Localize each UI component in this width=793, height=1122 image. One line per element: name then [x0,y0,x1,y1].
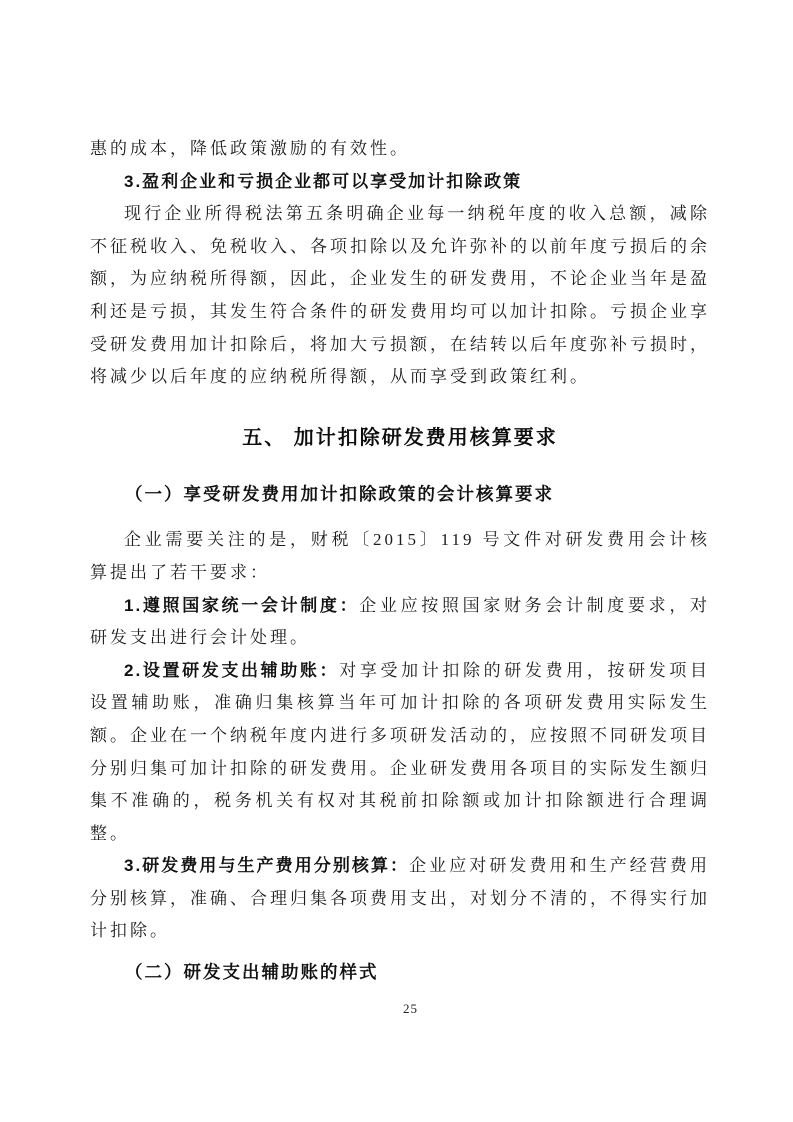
section2-heading: （二）研发支出辅助账的样式 [90,956,710,989]
list-item-1: 1.遵照国家统一会计制度：企业应按照国家财务会计制度要求，对研发支出进行会计处理… [90,590,710,655]
page-content: 惠的成本，降低政策激励的有效性。 3.盈利企业和亏损企业都可以享受加计扣除政策 … [90,133,710,989]
item2-text: 对享受加计扣除的研发费用，按研发项目设置辅助账，准确归集核算当年可加计扣除的各项… [90,661,710,843]
document-page: 惠的成本，降低政策激励的有效性。 3.盈利企业和亏损企业都可以享受加计扣除政策 … [0,0,793,1122]
list-item-3: 3.研发费用与生产费用分别核算：企业应对研发费用和生产经营费用分别核算，准确、合… [90,850,710,948]
list-item-2: 2.设置研发支出辅助账：对享受加计扣除的研发费用，按研发项目设置辅助账，准确归集… [90,655,710,851]
chapter-heading: 五、 加计扣除研发费用核算要求 [90,420,710,456]
item2-lead-label: 2.设置研发支出辅助账： [124,661,339,680]
point3-paragraph: 现行企业所得税法第五条明确企业每一纳税年度的收入总额，减除不征税收入、免税收入、… [90,198,710,394]
page-number: 25 [14,1000,793,1018]
section1-heading: （一）享受研发费用加计扣除政策的会计核算要求 [90,478,710,511]
section1-intro-paragraph: 企业需要关注的是，财税〔2015〕119 号文件对研发费用会计核算提出了若干要求… [90,524,710,589]
item1-lead-label: 1.遵照国家统一会计制度： [124,596,359,615]
point3-heading: 3.盈利企业和亏损企业都可以享受加计扣除政策 [90,166,710,199]
paragraph-continuation: 惠的成本，降低政策激励的有效性。 [90,133,710,166]
item3-lead-label: 3.研发费用与生产费用分别核算： [124,856,409,875]
